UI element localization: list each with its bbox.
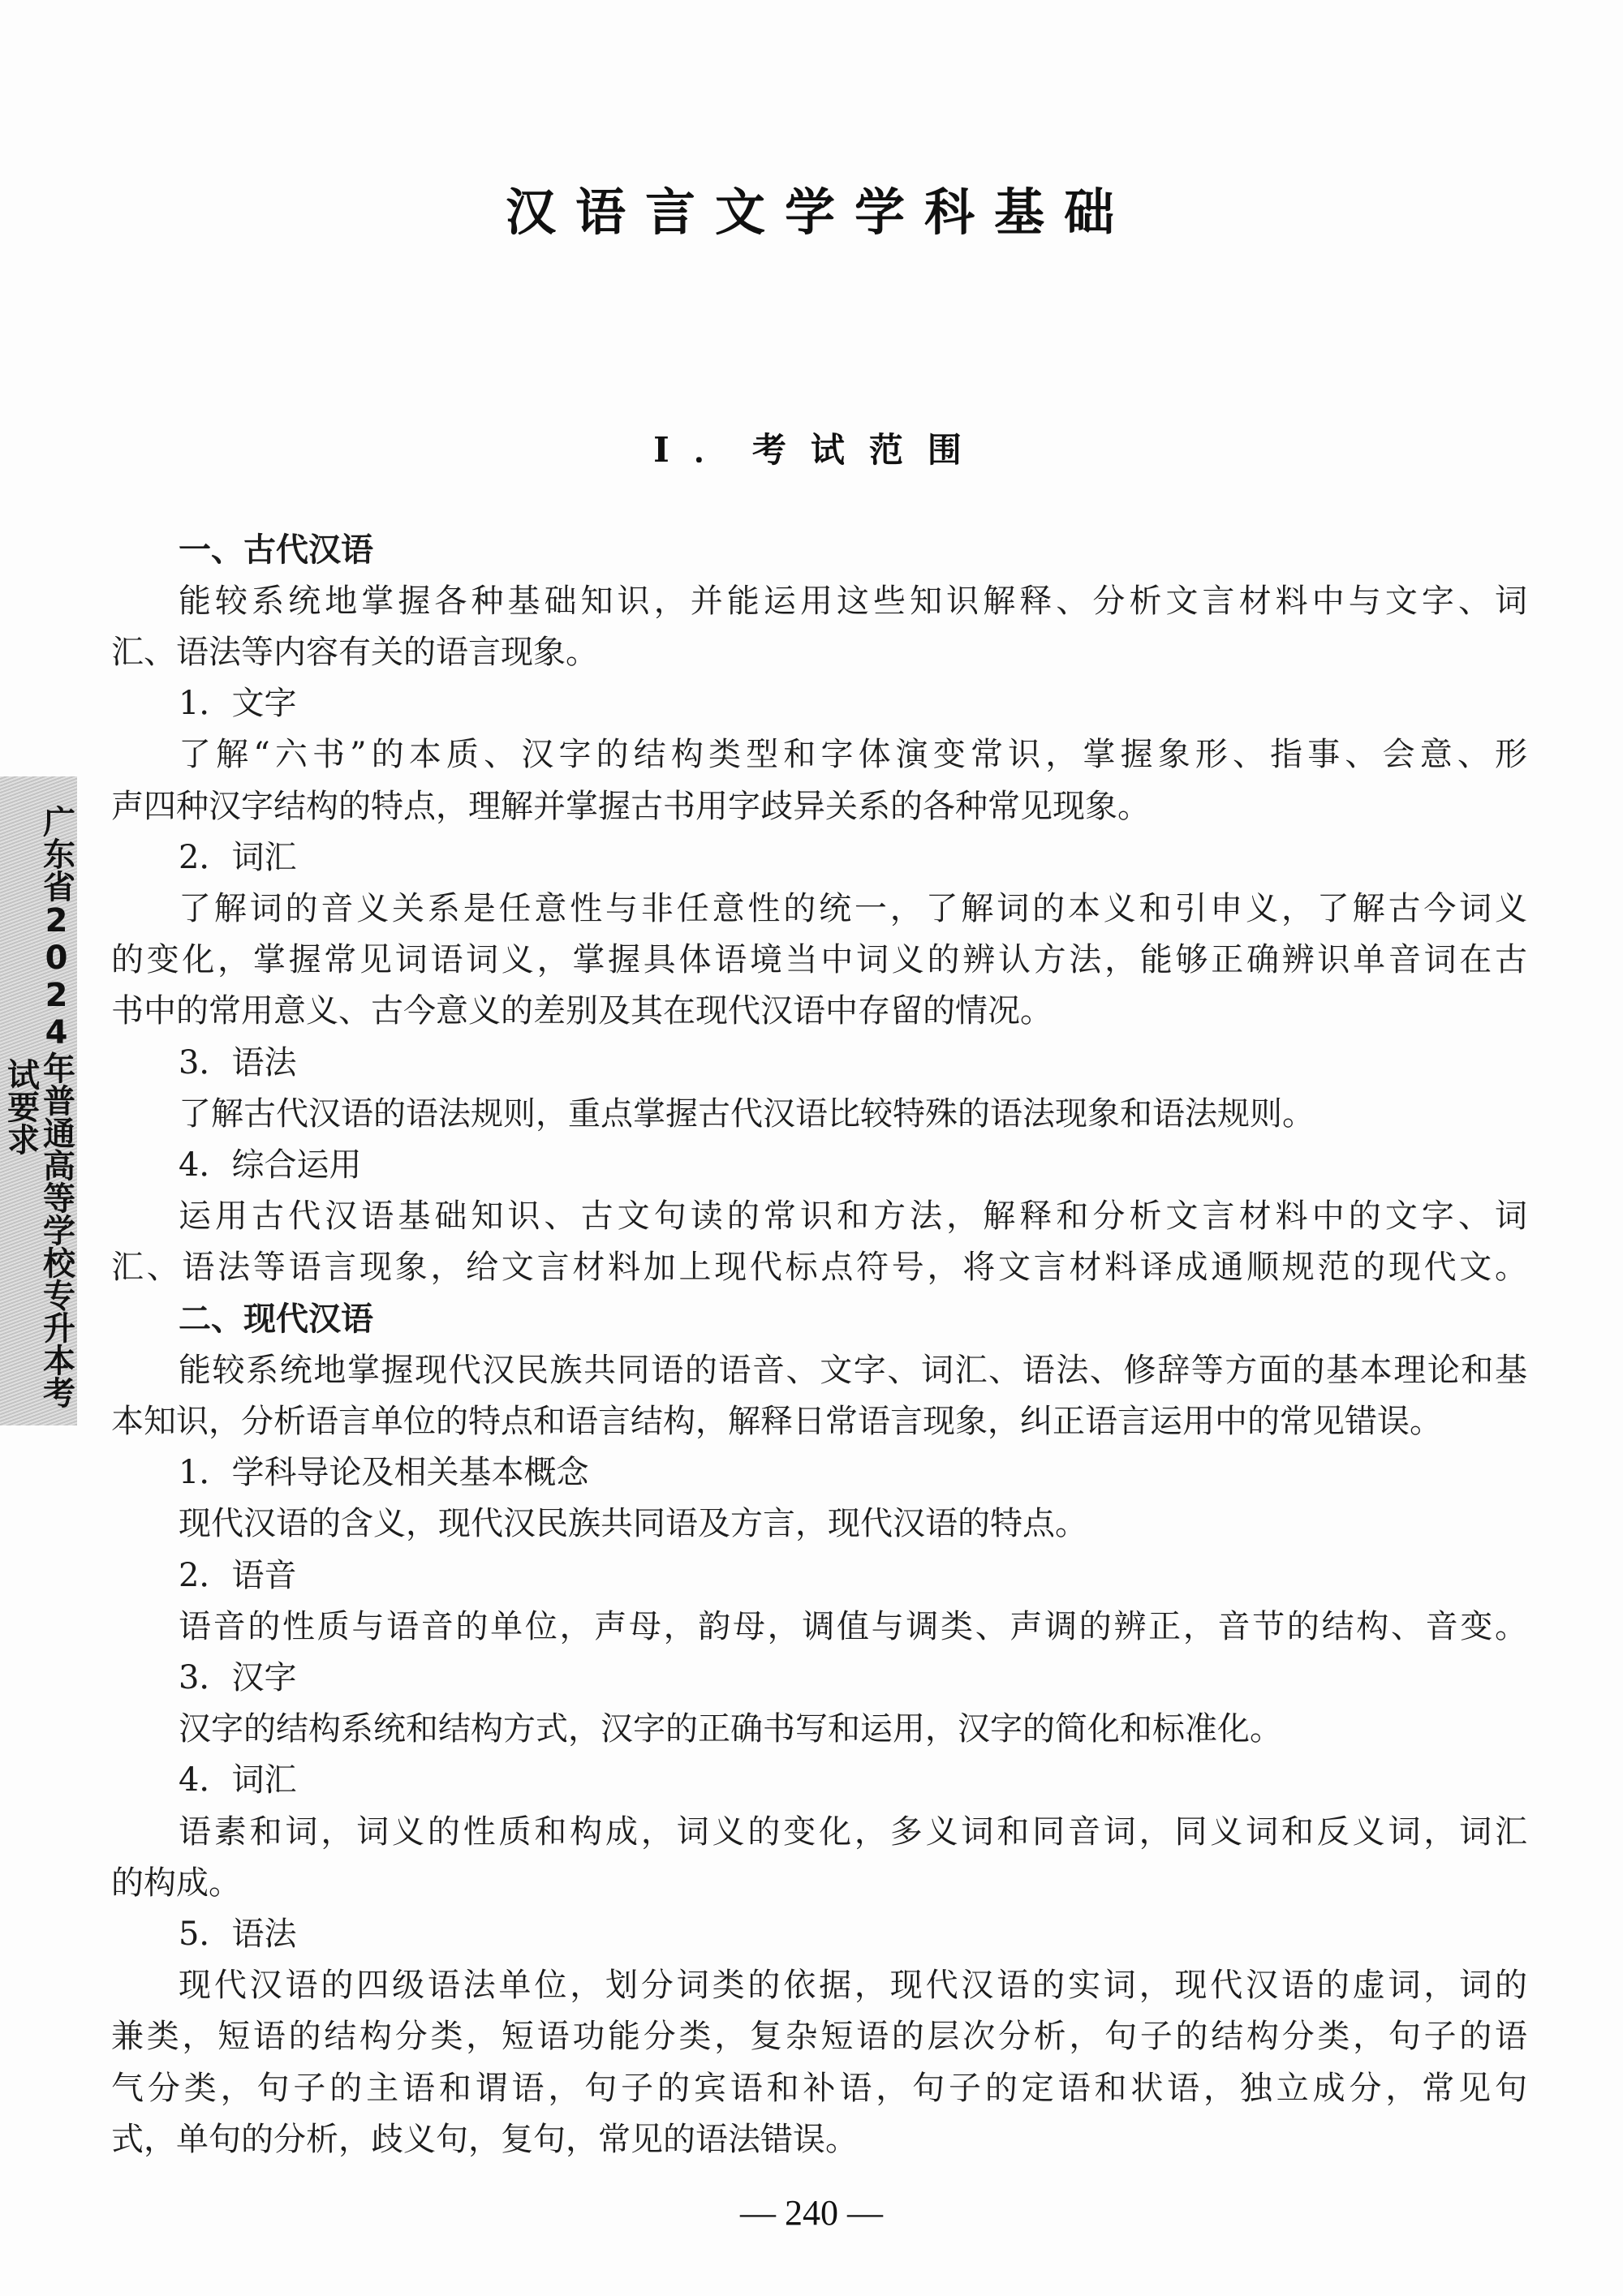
paragraph-line: 气分类，句子的主语和谓语，句子的宾语和补语，句子的定语和状语，独立成分，常见句: [111, 2063, 1527, 2114]
paragraph-line: 现代汉语的四级语法单位，划分词类的依据，现代汉语的实词，现代汉语的虚词，词的: [179, 1960, 1527, 2011]
section-heading: 二、现代汉语: [179, 1294, 373, 1345]
paragraph-line: 的变化，掌握常见词语词义，掌握具体语境当中词义的辨认方法，能够正确辨识单音词在古: [111, 935, 1527, 986]
subsection-heading: 3．汉字: [179, 1653, 296, 1704]
paragraph-line: 书中的常用意义、古今意义的差别及其在现代汉语中存留的情况。: [111, 986, 1053, 1037]
paragraph-line: 汇、语法等内容有关的语言现象。: [111, 627, 598, 678]
page-number: — 240 —: [649, 2191, 974, 2236]
paragraph-line: 汉字的结构系统和结构方式，汉字的正确书写和运用，汉字的简化和标准化。: [179, 1704, 1282, 1755]
subsection-heading: 3．语法: [179, 1038, 296, 1089]
paragraph-line: 语素和词，词义的性质和构成，词义的变化，多义词和同音词，同义词和反义词，词汇: [179, 1807, 1527, 1858]
paragraph-line: 了解古代汉语的语法规则，重点掌握古代汉语比较特殊的语法现象和语法规则。: [179, 1089, 1315, 1140]
paragraph-line: 现代汉语的含义，现代汉民族共同语及方言，现代汉语的特点。: [179, 1498, 1087, 1550]
paragraph-line: 了解词的音义关系是任意性与非任意性的统一，了解词的本义和引申义，了解古今词义: [179, 884, 1527, 935]
paragraph-line: 能较系统地掌握各种基础知识，并能运用这些知识解释、分析文言材料中与文字、词: [179, 576, 1527, 627]
paragraph-line: 的构成。: [111, 1858, 241, 1909]
paragraph-line: 运用古代汉语基础知识、古文句读的常识和方法，解释和分析文言材料中的文字、词: [179, 1191, 1527, 1242]
page-title: 汉语言文学学科基础: [487, 180, 1152, 245]
subsection-heading: 1．学科导论及相关基本概念: [179, 1447, 588, 1498]
paragraph-line: 式，单句的分析，歧义句，复句，常见的语法错误。: [111, 2114, 858, 2165]
paragraph-line: 语音的性质与语音的单位，声母，韵母，调值与调类、声调的辨正，音节的结构、音变。: [179, 1602, 1527, 1653]
paragraph-line: 汇、语法等语言现象，给文言材料加上现代标点符号，将文言材料译成通顺规范的现代文。: [111, 1242, 1527, 1293]
paragraph-line: 了解“六书”的本质、汉字的结构类型和字体演变常识，掌握象形、指事、会意、形: [179, 729, 1527, 780]
subsection-heading: 5．语法: [179, 1909, 296, 1960]
paragraph-line: 能较系统地掌握现代汉民族共同语的语音、文字、词汇、语法、修辞等方面的基本理论和基: [179, 1345, 1527, 1396]
paragraph-line: 兼类，短语的结构分类，短语功能分类，复杂短语的层次分析，句子的结构分类，句子的语: [111, 2011, 1527, 2062]
subsection-heading: 2．语音: [179, 1550, 296, 1602]
document-page: 汉语言文学学科基础 Ⅰ．考试范围 广东省2024年普通高等学校专升本考试要求 一…: [0, 0, 1623, 2296]
paragraph-line: 声四种汉字结构的特点，理解并掌握古书用字歧异关系的各种常见现象。: [111, 781, 1150, 832]
side-tab-label: 广东省2024年普通高等学校专升本考试要求: [0, 794, 77, 1419]
paragraph-line: 本知识，分析语言单位的特点和语言结构，解释日常语言现象，纠正语言运用中的常见错误…: [111, 1396, 1442, 1447]
section-heading: 一、古代汉语: [179, 525, 373, 576]
subsection-heading: 4．词汇: [179, 1755, 296, 1806]
section-title: Ⅰ．考试范围: [633, 422, 1006, 479]
side-tab: 广东省2024年普通高等学校专升本考试要求: [0, 776, 77, 1425]
subsection-heading: 2．词汇: [179, 832, 296, 884]
subsection-heading: 4．综合运用: [179, 1140, 361, 1191]
subsection-heading: 1．文字: [179, 678, 296, 729]
